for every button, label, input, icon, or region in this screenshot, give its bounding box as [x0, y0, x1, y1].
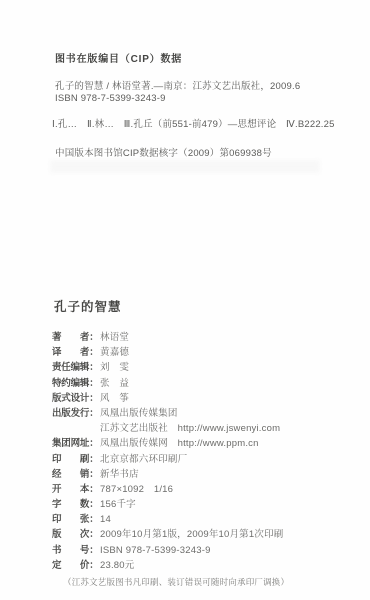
- replacement-notice: （江苏文艺版图书凡印刷、装订错误可随时向承印厂调换）: [63, 576, 289, 588]
- row-value: 刘 雯: [100, 362, 129, 373]
- row-value: 林语堂: [100, 332, 129, 343]
- cip-header: 图书在版编目（CIP）数据: [55, 50, 356, 65]
- row-value: 张 益: [100, 378, 129, 389]
- row-label: 特约编辑：: [52, 376, 100, 391]
- row-label: 集团网址：: [52, 436, 100, 451]
- colophon-row-responsible-editor: 责任编辑：刘 雯: [52, 360, 360, 375]
- cip-title-line: 孔子的智慧 / 林语堂著.—南京：江苏文艺出版社，2009.6: [55, 78, 356, 92]
- row-label: 译 者：: [52, 345, 100, 360]
- cip-isbn-line: ISBN 978-7-5399-3243-9: [55, 93, 356, 104]
- colophon-row-edition: 版 次：2009年10月第1版，2009年10月第1次印刷: [52, 527, 360, 542]
- colophon-row-isbn: 书 号：ISBN 978-7-5399-3243-9: [52, 543, 360, 558]
- row-value: 凤凰出版传媒集团: [100, 408, 178, 419]
- colophon-row-author: 著 者：林语堂: [52, 330, 360, 345]
- row-value: 787×1092 1/16: [100, 484, 173, 495]
- row-label: 定 价：: [52, 558, 100, 573]
- colophon-row-publisher: 出版发行：凤凰出版传媒集团: [52, 406, 360, 421]
- row-label: 印 张：: [52, 512, 100, 527]
- colophon-row-format: 开 本：787×1092 1/16: [52, 482, 360, 497]
- cip-record-number-line: 中国版本图书馆CIP数据核字（2009）第069938号: [55, 145, 356, 159]
- row-value: 2009年10月第1版，2009年10月第1次印刷: [100, 529, 283, 540]
- colophon-list: 著 者：林语堂 译 者：黄嘉德 责任编辑：刘 雯 特约编辑：张 益 版式设计：风…: [52, 330, 360, 573]
- row-value: 14: [100, 514, 111, 525]
- row-value: 156千字: [100, 499, 136, 510]
- colophon-row-distributor: 经 销：新华书店: [52, 467, 360, 482]
- colophon-row-sheets: 印 张：14: [52, 512, 360, 527]
- row-label: 责任编辑：: [52, 360, 100, 375]
- cip-classification-line: Ⅰ.孔… Ⅱ.林… Ⅲ.孔丘（前551-前479）—思想评论 Ⅳ.B222.25: [52, 116, 356, 130]
- colophon-row-contributing-editor: 特约编辑：张 益: [52, 376, 360, 391]
- row-label: 版 次：: [52, 527, 100, 542]
- row-label: 书 号：: [52, 543, 100, 558]
- row-label: 字 数：: [52, 497, 100, 512]
- colophon-row-layout-design: 版式设计：风 筝: [52, 391, 360, 406]
- colophon-row-translator: 译 者：黄嘉德: [52, 345, 360, 360]
- row-value: 江苏文艺出版社 http://www.jswenyi.com: [100, 423, 280, 434]
- page-bleed-through: [50, 160, 320, 173]
- book-title: 孔子的智慧: [54, 297, 122, 315]
- row-value: 北京京都六环印刷厂: [100, 454, 187, 465]
- row-label: 经 销：: [52, 467, 100, 482]
- row-value: 凤凰出版传媒网 http://www.ppm.cn: [100, 438, 259, 449]
- row-label: 印 刷：: [52, 452, 100, 467]
- copyright-page: 图书在版编目（CIP）数据 孔子的智慧 / 林语堂著.—南京：江苏文艺出版社，2…: [0, 0, 370, 600]
- colophon-row-price: 定 价：23.80元: [52, 558, 360, 573]
- row-value: ISBN 978-7-5399-3243-9: [100, 545, 211, 556]
- colophon-row-printer: 印 刷：北京京都六环印刷厂: [52, 452, 360, 467]
- colophon-row-group-website: 集团网址：凤凰出版传媒网 http://www.ppm.cn: [52, 436, 360, 451]
- colophon-row-word-count: 字 数：156千字: [52, 497, 360, 512]
- row-value: 风 筝: [100, 393, 129, 404]
- row-label: 版式设计：: [52, 391, 100, 406]
- colophon-row-publisher-second-line: 江苏文艺出版社 http://www.jswenyi.com: [52, 421, 360, 436]
- row-value: 新华书店: [100, 469, 139, 480]
- row-label: 著 者：: [52, 330, 100, 345]
- row-value: 23.80元: [100, 560, 134, 571]
- row-value: 黄嘉德: [100, 347, 129, 358]
- row-label: 开 本：: [52, 482, 100, 497]
- row-label: 出版发行：: [52, 406, 100, 421]
